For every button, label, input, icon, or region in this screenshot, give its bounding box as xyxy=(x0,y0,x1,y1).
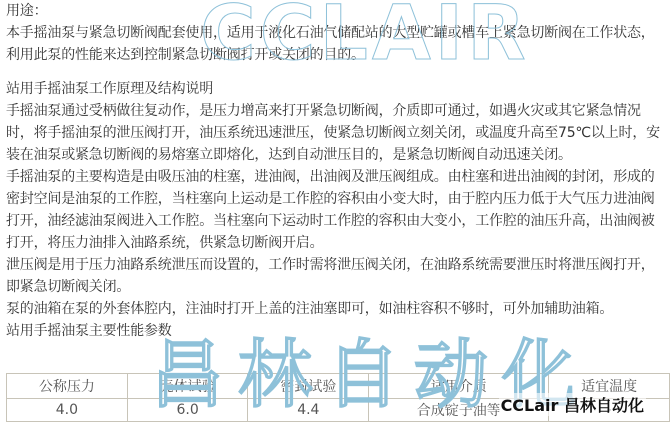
principle-line: 装在油泵或紧急切断阀的易熔塞立即熔化，达到自动泄压目的，是紧急切断阀自动迅速关闭… xyxy=(6,144,670,166)
relief-line: 即紧急切断阀关闭。 xyxy=(6,276,670,298)
header-seal-test: 密封试验 xyxy=(248,374,369,399)
tank-line: 泵的油箱在泵的外套体腔内，注油时打开上盖的注油塞即可，如油柱容积不够时，可外加辅… xyxy=(6,298,670,320)
relief-line: 泄压阀是用于压力油路系统泄压而设置的，工作时需将泄压阀关闭，在油路系统需要泄压时… xyxy=(6,254,670,276)
cell-nominal-pressure: 4.0 xyxy=(7,399,128,422)
brand-watermark: CCLair 昌林自动化 xyxy=(499,393,646,416)
structure-line: 打开，油经滤油泵阀进入工作腔。当柱塞向下运动时工作腔的容积由大变小，工作腔的油压… xyxy=(6,210,670,232)
structure-line: 手摇油泵的主要构造是由吸压油的柱塞，进油阀，出油阀及泄压阀组成。由柱塞和进出油阀… xyxy=(6,166,670,188)
structure-line: 打开，将压力油排入油路系统，供紧急切断阀开启。 xyxy=(6,232,670,254)
principle-line: 手摇油泵通过受柄做往复动作，是压力增高来打开紧急切断阀，介质即可通过，如遇火灾或… xyxy=(6,100,670,122)
params-heading: 站用手摇油泵主要性能参数 xyxy=(6,320,670,342)
principle-heading: 站用手摇油泵工作原理及结构说明 xyxy=(6,78,670,100)
usage-line: 本手摇油泵与紧急切断阀配套使用，适用于液化石油气储配站的大型贮罐或槽车上紧急切断… xyxy=(6,22,670,44)
header-shell-test: 壳体试验 xyxy=(127,374,248,399)
principle-line: 时，将手摇油泵的泄压阀打开，油压系统迅速泄压，使紧急切断阀立刻关闭，或温度升高至… xyxy=(6,122,670,144)
usage-heading: 用途： xyxy=(6,0,670,22)
usage-line: 利用此泵的性能来达到控制紧急切断阀打开或关闭的目的。 xyxy=(6,44,670,66)
document-body: 用途： 本手摇油泵与紧急切断阀配套使用，适用于液化石油气储配站的大型贮罐或槽车上… xyxy=(6,0,670,342)
cell-shell-test: 6.0 xyxy=(127,399,248,422)
header-nominal-pressure: 公称压力 xyxy=(7,374,128,399)
cell-seal-test: 4.4 xyxy=(248,399,369,422)
structure-line: 密封空间是油泵的工作腔，当柱塞向上运动是工作腔的容积由小变大时，由于腔内压力低于… xyxy=(6,188,670,210)
